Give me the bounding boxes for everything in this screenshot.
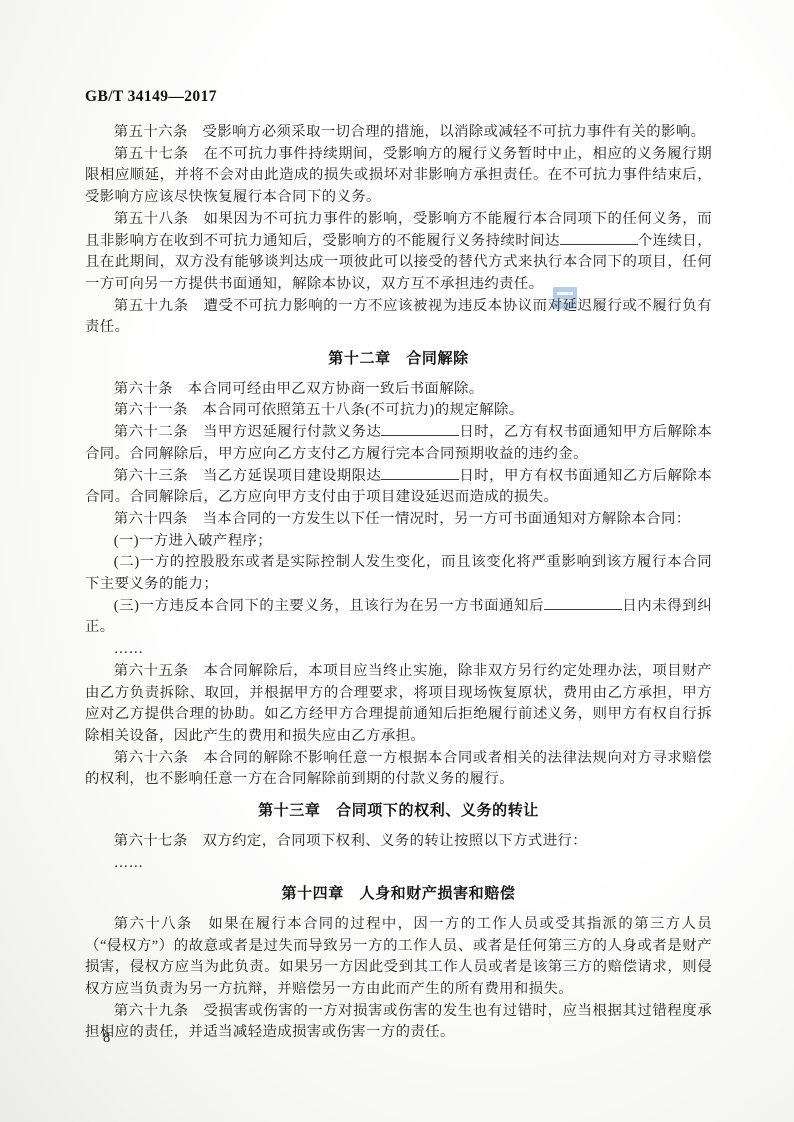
paragraph: (一)一方进入破产程序； xyxy=(85,531,712,553)
paragraph: 第六十九条 受损害或伤害的一方对损害或伤害的发生也有过错时，应当根据其过错程度承… xyxy=(85,1001,712,1044)
paragraph: 第五十七条 在不可抗力事件持续期间，受影响方的履行义务暂时中止，相应的义务履行期… xyxy=(85,144,712,209)
paragraph: …… xyxy=(85,639,712,661)
paragraph: (三)一方违反本合同下的主要义务，且该行为在另一方书面通知后日内未得到纠正。 xyxy=(85,596,712,639)
fill-in-blank xyxy=(381,431,459,436)
chapter-heading: 第十三章 合同项下的权利、义务的转让 xyxy=(85,800,712,822)
fill-in-blank xyxy=(381,475,459,480)
paragraph: …… xyxy=(85,853,712,875)
paragraph: 第六十四条 当本合同的一方发生以下任一情况时，另一方可书面通知对方解除本合同： xyxy=(85,509,712,531)
paragraph: 第六十六条 本合同的解除不影响任意一方根据本合同或者相关的法律法规向对方寻求赔偿… xyxy=(85,748,712,791)
fill-in-blank xyxy=(560,240,638,245)
paragraph: 第六十五条 本合同解除后，本项目应当终止实施，除非双方另行约定处理办法，项目财产… xyxy=(85,661,712,748)
paragraph: 第六十一条 本合同可依照第五十八条(不可抗力)的规定解除。 xyxy=(85,400,712,422)
paragraph: 第六十二条 当甲方迟延履行付款义务达日时，乙方有权书面通知甲方后解除本合同。合同… xyxy=(85,422,712,465)
chapter-heading: 第十二章 合同解除 xyxy=(85,348,712,370)
paragraph: (二)一方的控股股东或者是实际控制人发生变化，而且该变化将严重影响到该方履行本合… xyxy=(85,552,712,595)
document-body: 第五十六条 受影响方必须采取一切合理的措施，以消除或减轻不可抗力事件有关的影响。… xyxy=(85,122,712,1044)
fill-in-blank xyxy=(544,605,622,610)
paragraph: 第六十条 本合同可经由甲乙双方协商一致后书面解除。 xyxy=(85,379,712,401)
paragraph: 第六十七条 双方约定，合同项下权利、义务的转让按照以下方式进行： xyxy=(85,831,712,853)
paragraph: 第五十九条 遭受不可抗力影响的一方不应该被视为违反本协议而对延迟履行或不履行负有… xyxy=(85,296,712,339)
page-number: 8 xyxy=(103,1030,110,1047)
paragraph: 第六十八条 如果在履行本合同的过程中，因一方的工作人员或受其指派的第三方人员（“… xyxy=(85,914,712,1001)
paragraph: 第六十三条 当乙方延误项目建设期限达日时，甲方有权书面通知乙方后解除本合同。合同… xyxy=(85,466,712,509)
document-page: GB/T 34149—2017 第五十六条 受影响方必须采取一切合理的措施，以消… xyxy=(0,0,794,1122)
standard-number-header: GB/T 34149—2017 xyxy=(85,88,217,106)
chapter-heading: 第十四章 人身和财产损害和赔偿 xyxy=(85,883,712,905)
paragraph: 第五十六条 受影响方必须采取一切合理的措施，以消除或减轻不可抗力事件有关的影响。 xyxy=(85,122,712,144)
paragraph: 第五十八条 如果因为不可抗力事件的影响，受影响方不能履行本合同项下的任何义务，而… xyxy=(85,209,712,296)
